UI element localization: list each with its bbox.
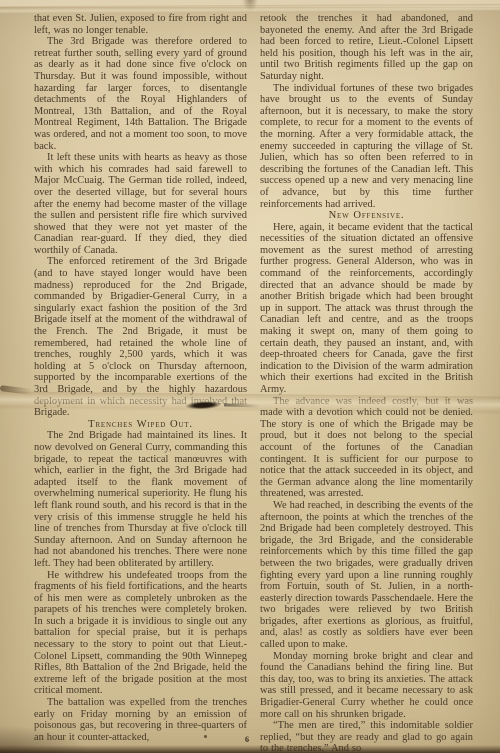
section-heading-trenches-wiped-out: Trenches Wiped Out. bbox=[34, 419, 247, 431]
paragraph: He withdrew his undefeated troops from t… bbox=[34, 570, 247, 698]
right-column: retook the trenches it had abandoned, an… bbox=[260, 13, 473, 753]
paragraph: The 2nd Brigade had maintained its lines… bbox=[34, 430, 247, 569]
page-number: 6 bbox=[245, 735, 249, 744]
paragraph: that even St. Julien, exposed to fire fr… bbox=[34, 13, 247, 36]
document-page: that even St. Julien, exposed to fire fr… bbox=[0, 0, 500, 753]
paragraph: retook the trenches it had abandoned, an… bbox=[260, 13, 473, 83]
section-heading-new-offensive: New Offensive. bbox=[260, 210, 473, 222]
paragraph: We had reached, in describing the events… bbox=[260, 500, 473, 651]
paragraph: The individual fortunes of these two bri… bbox=[260, 83, 473, 211]
bottom-edge-shadow bbox=[0, 745, 500, 753]
paragraph: Monday morning broke bright and clear an… bbox=[260, 651, 473, 721]
paragraph: Here, again, it became evident that the … bbox=[260, 222, 473, 396]
paragraph: It left these units with hearts as heavy… bbox=[34, 152, 247, 256]
fold-mark-top-center bbox=[242, 0, 258, 11]
text-columns: that even St. Julien, exposed to fire fr… bbox=[34, 13, 473, 753]
paragraph: The 3rd Brigade was therefore ordered to… bbox=[34, 36, 247, 152]
left-column: that even St. Julien, exposed to fire fr… bbox=[34, 13, 247, 753]
paper-speck bbox=[204, 735, 207, 738]
